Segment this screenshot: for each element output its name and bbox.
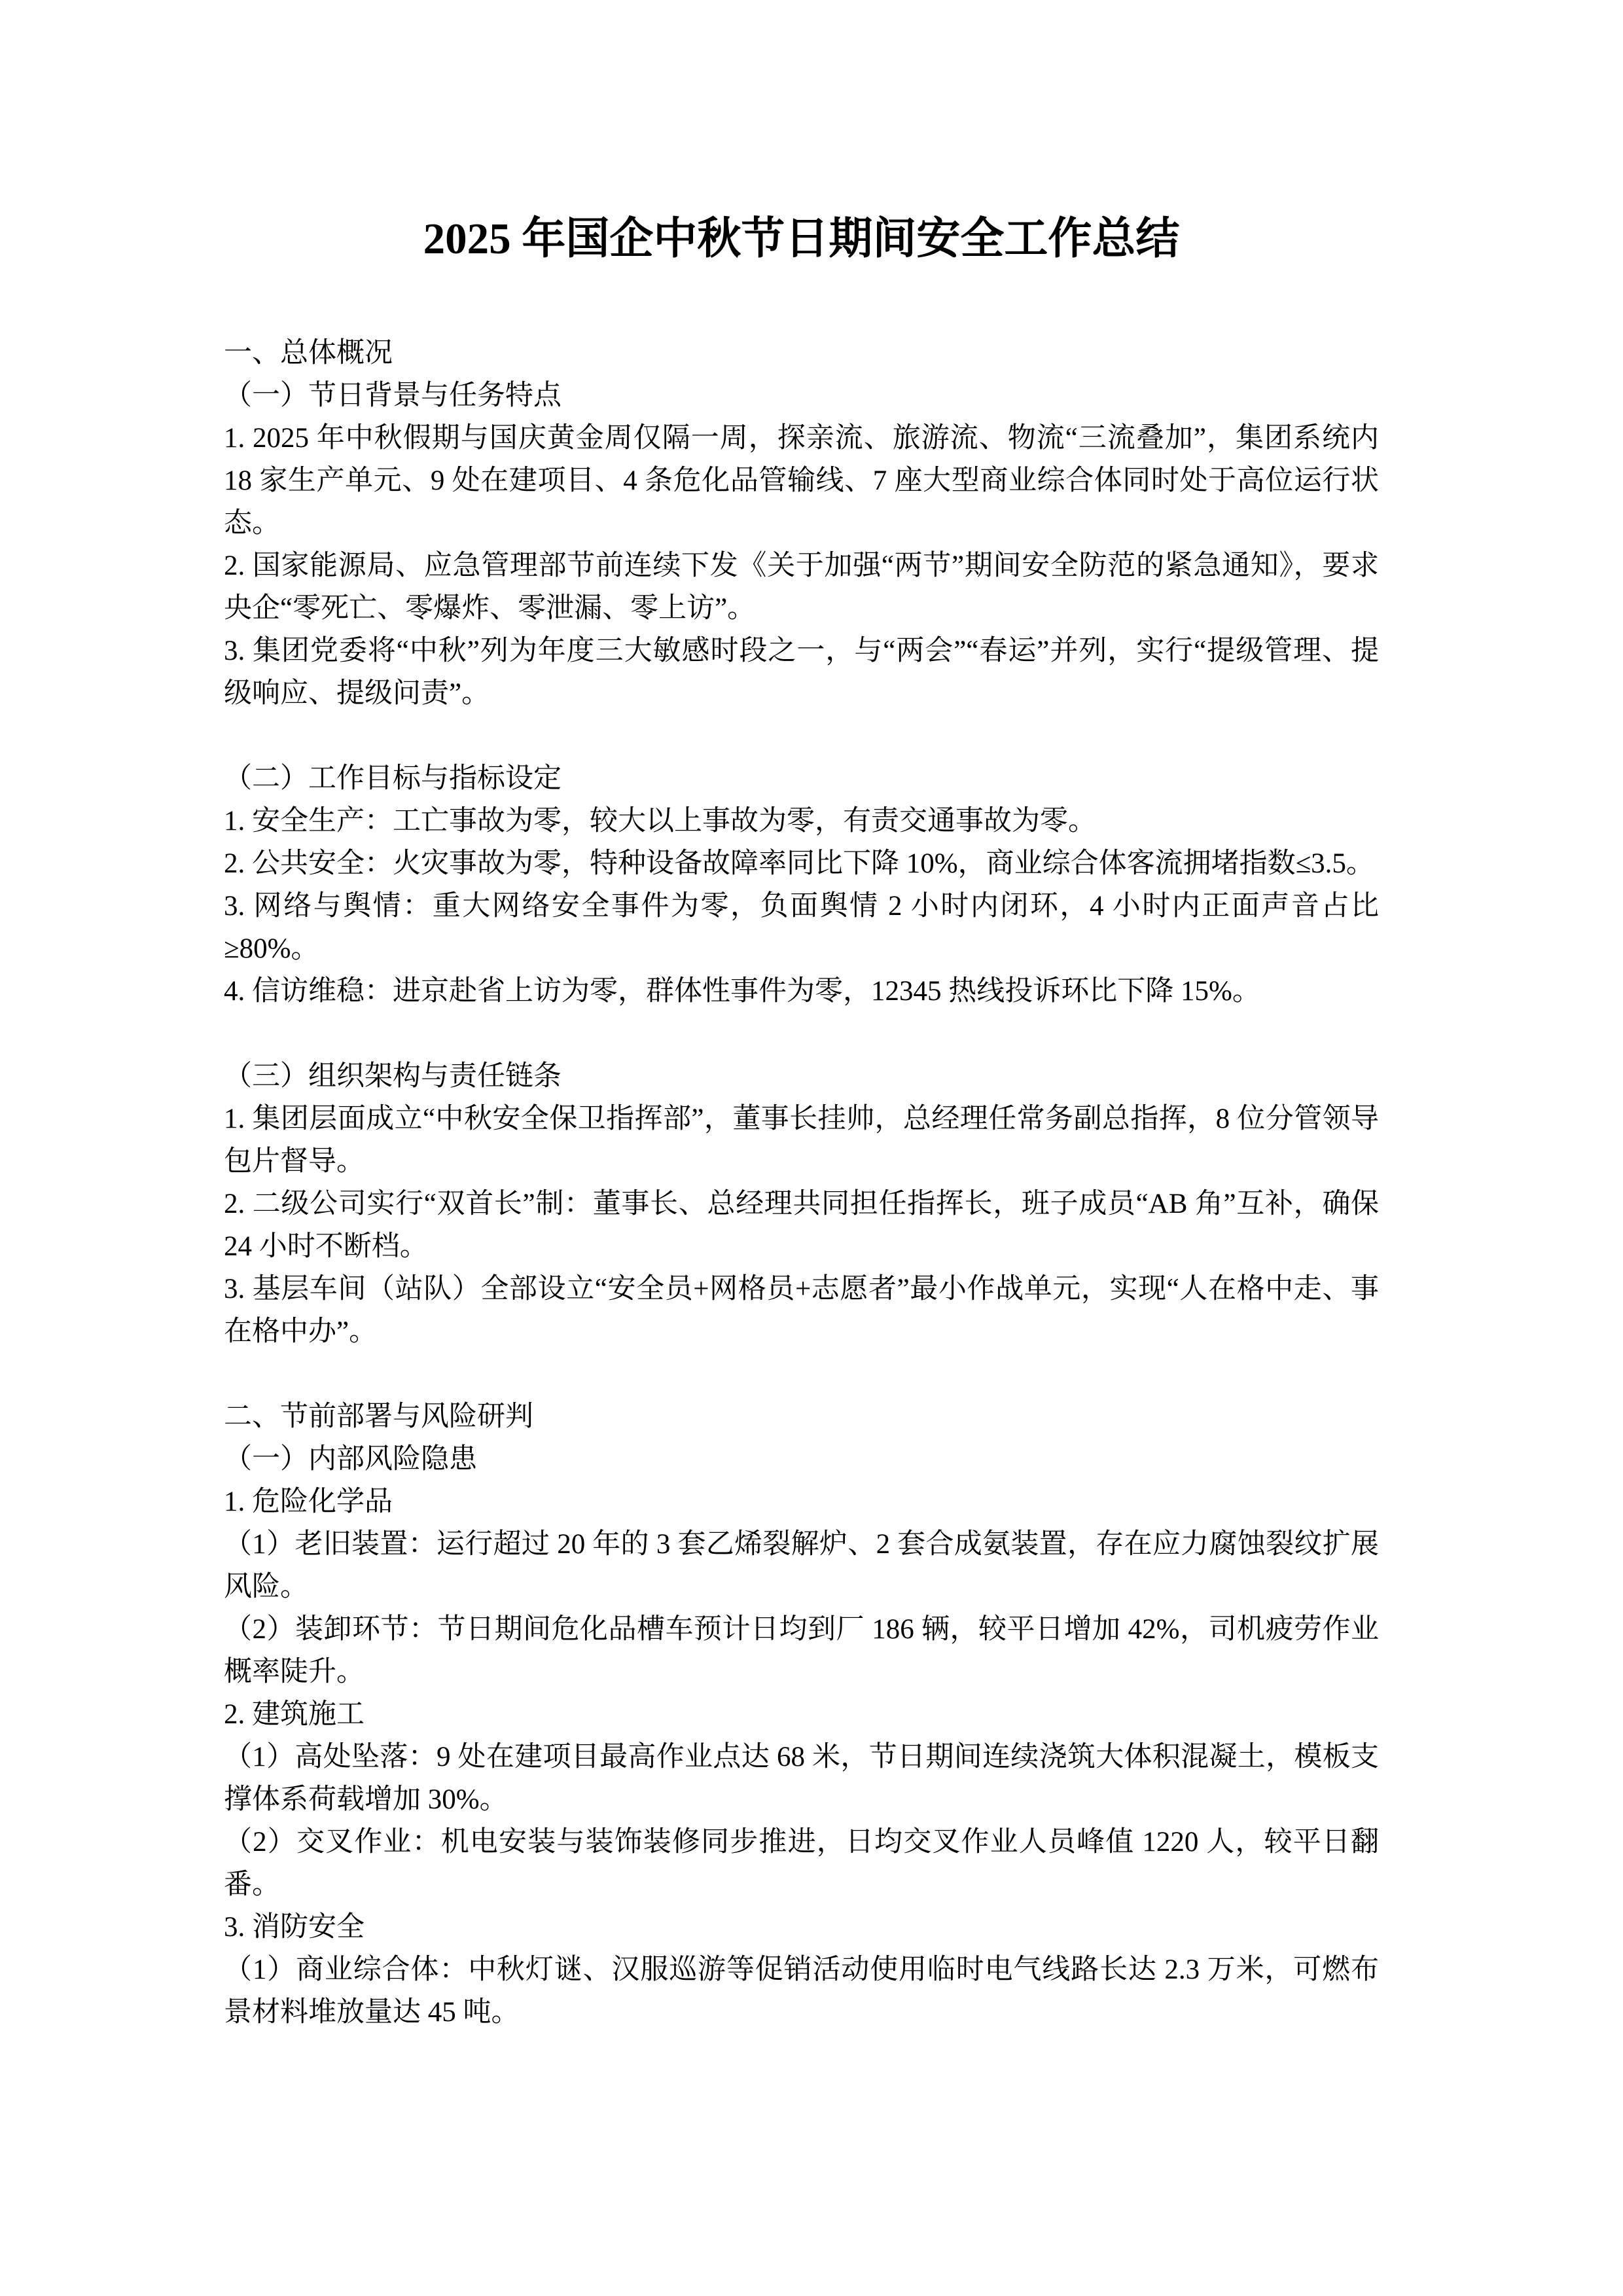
subsection-heading: （一）内部风险隐患 xyxy=(224,1438,1379,1480)
numbered-item: 1. 2025 年中秋假期与国庆黄金周仅隔一周，探亲流、旅游流、物流“三流叠加”… xyxy=(224,417,1379,545)
numbered-item: 3. 网络与舆情：重大网络安全事件为零，负面舆情 2 小时内闭环，4 小时内正面… xyxy=(224,885,1379,970)
sub-item: （1）高处坠落：9 处在建项目最高作业点达 68 米，节日期间连续浇筑大体积混凝… xyxy=(224,1736,1379,1821)
document-page: 2025 年国企中秋节日期间安全工作总结 一、总体概况 （一）节日背景与任务特点… xyxy=(0,0,1623,2296)
sub-item: （2）交叉作业：机电安装与装饰装修同步推进，日均交叉作业人员峰值 1220 人，… xyxy=(224,1821,1379,1906)
numbered-item: 1. 安全生产：工亡事故为零，较大以上事故为零，有责交通事故为零。 xyxy=(224,800,1379,842)
sub-item: （1）商业综合体：中秋灯谜、汉服巡游等促销活动使用临时电气线路长达 2.3 万米… xyxy=(224,1948,1379,2034)
numbered-item: 2. 二级公司实行“双首长”制：董事长、总经理共同担任指挥长，班子成员“AB 角… xyxy=(224,1183,1379,1268)
numbered-item: 3. 基层车间（站队）全部设立“安全员+网格员+志愿者”最小作战单元，实现“人在… xyxy=(224,1268,1379,1353)
numbered-item: 2. 公共安全：火灾事故为零，特种设备故障率同比下降 10%，商业综合体客流拥堵… xyxy=(224,842,1379,885)
numbered-item: 3. 集团党委将“中秋”列为年度三大敏感时段之一，与“两会”“春运”并列，实行“… xyxy=(224,630,1379,715)
group-heading: 3. 消防安全 xyxy=(224,1906,1379,1948)
subsection-heading: （三）组织架构与责任链条 xyxy=(224,1055,1379,1098)
sub-item: （1）老旧装置：运行超过 20 年的 3 套乙烯裂解炉、2 套合成氨装置，存在应… xyxy=(224,1523,1379,1608)
group-heading: 1. 危险化学品 xyxy=(224,1480,1379,1523)
subsection-heading: （二）工作目标与指标设定 xyxy=(224,757,1379,800)
numbered-item: 2. 国家能源局、应急管理部节前连续下发《关于加强“两节”期间安全防范的紧急通知… xyxy=(224,545,1379,630)
section-heading: 一、总体概况 xyxy=(224,332,1379,374)
document-title: 2025 年国企中秋节日期间安全工作总结 xyxy=(224,206,1379,272)
numbered-item: 4. 信访维稳：进京赴省上访为零，群体性事件为零，12345 热线投诉环比下降 … xyxy=(224,970,1379,1013)
section-heading: 二、节前部署与风险研判 xyxy=(224,1395,1379,1438)
group-heading: 2. 建筑施工 xyxy=(224,1693,1379,1736)
sub-item: （2）装卸环节：节日期间危化品槽车预计日均到厂 186 辆，较平日增加 42%，… xyxy=(224,1608,1379,1693)
subsection-heading: （一）节日背景与任务特点 xyxy=(224,374,1379,417)
numbered-item: 1. 集团层面成立“中秋安全保卫指挥部”，董事长挂帅，总经理任常务副总指挥，8 … xyxy=(224,1098,1379,1183)
